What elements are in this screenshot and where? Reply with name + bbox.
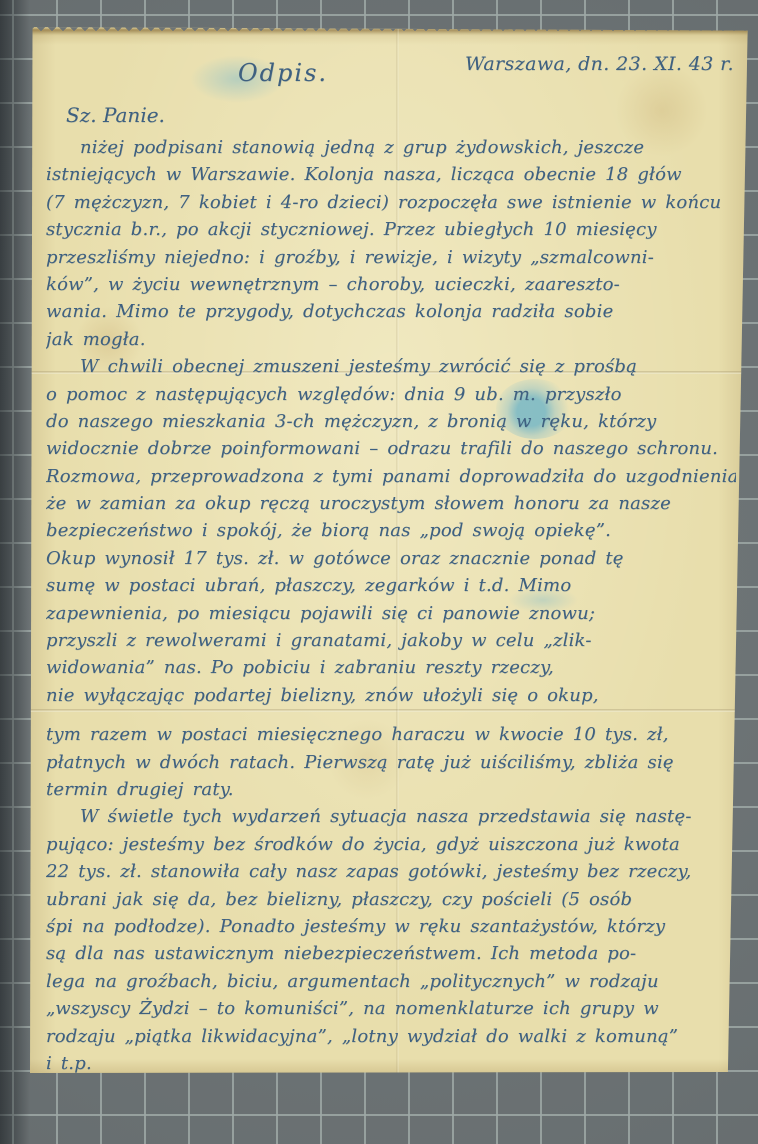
letter-line: do naszego mieszkania 3-ch mężczyzn, z b… (46, 411, 736, 438)
letter-line: bezpieczeństwo i spokój, że biorą nas „p… (46, 520, 736, 547)
letter-line: zapewnienia, po miesiącu pojawili się ci… (46, 603, 736, 630)
letter-line: ubrani jak się da, bez bielizny, płaszcz… (46, 889, 736, 916)
letter-line: stycznia b.r., po akcji styczniowej. Prz… (46, 219, 736, 246)
letter-line: sumę w postaci ubrań, płaszczy, zegarków… (46, 575, 736, 602)
letter-line: (7 mężczyzn, 7 kobiet i 4-ro dzieci) roz… (46, 192, 736, 219)
letter-line: widowania” nas. Po pobiciu i zabraniu re… (46, 657, 736, 684)
letter-line: pująco: jesteśmy bez środków do życia, g… (46, 834, 736, 861)
letter-line: lega na groźbach, biciu, argumentach „po… (46, 971, 736, 998)
letter-line: płatnych w dwóch ratach. Pierwszą ratę j… (46, 752, 736, 779)
letter-line: są dla nas ustawicznym niebezpieczeństwe… (46, 943, 736, 970)
letter-line: nie wyłączając podartej bielizny, znów u… (46, 685, 736, 712)
letter-paper: Odpis. Warszawa, dn. 23. XI. 43 r. Sz. P… (30, 27, 748, 1073)
letter-line: istniejących w Warszawie. Kolonja nasza,… (46, 164, 736, 191)
letter-line: W świetle tych wydarzeń sytuacja nasza p… (46, 806, 736, 833)
letter-header-row: Odpis. Warszawa, dn. 23. XI. 43 r. (46, 53, 736, 101)
letter-line: termin drugiej raty. (46, 779, 736, 806)
letter-line: rodzaju „piątka likwidacyjna”, „lotny wy… (46, 1026, 736, 1053)
letter-line: tym razem w postaci miesięcznego haraczu… (46, 724, 736, 751)
letter-heading: Odpis. (238, 59, 328, 87)
letter-line: jak mogła. (46, 329, 736, 356)
letter-line: że w zamian za okup ręczą uroczystym sło… (46, 493, 736, 520)
letter-line: przeszliśmy niejedno: i groźby, i rewizj… (46, 247, 736, 274)
letter-line: W chwili obecnej zmuszeni jesteśmy zwróc… (46, 356, 736, 383)
letter-line: Okup wynosił 17 tys. zł. w gotówce oraz … (46, 548, 736, 575)
letter-line: 22 tys. zł. stanowiła cały nasz zapas go… (46, 861, 736, 888)
letter-line: śpi na podłodze). Ponadto jesteśmy w ręk… (46, 916, 736, 943)
mat-edge-shadow (0, 0, 30, 1144)
letter-salutation: Sz. Panie. (66, 103, 736, 131)
letter-line: widocznie dobrze poinformowani – odrazu … (46, 438, 736, 465)
letter-line: o pomoc z następujących względów: dnia 9… (46, 384, 736, 411)
letter-line: wania. Mimo te przygody, dotychczas kolo… (46, 301, 736, 328)
letter-lines: niżej podpisani stanowią jedną z grup ży… (46, 137, 736, 1080)
letter-line: przyszli z rewolwerami i granatami, jako… (46, 630, 736, 657)
letter-line: „wszyscy Żydzi – to komuniści”, na nomen… (46, 998, 736, 1025)
letter-line: ków”, w życiu wewnętrznym – choroby, uci… (46, 274, 736, 301)
letter-dateline: Warszawa, dn. 23. XI. 43 r. (465, 53, 734, 75)
letter-line: i t.p. (46, 1053, 736, 1080)
letter-line: niżej podpisani stanowią jedną z grup ży… (46, 137, 736, 164)
letter-line: Rozmowa, przeprowadzona z tymi panami do… (46, 466, 736, 493)
letter-content: Odpis. Warszawa, dn. 23. XI. 43 r. Sz. P… (30, 27, 748, 1073)
